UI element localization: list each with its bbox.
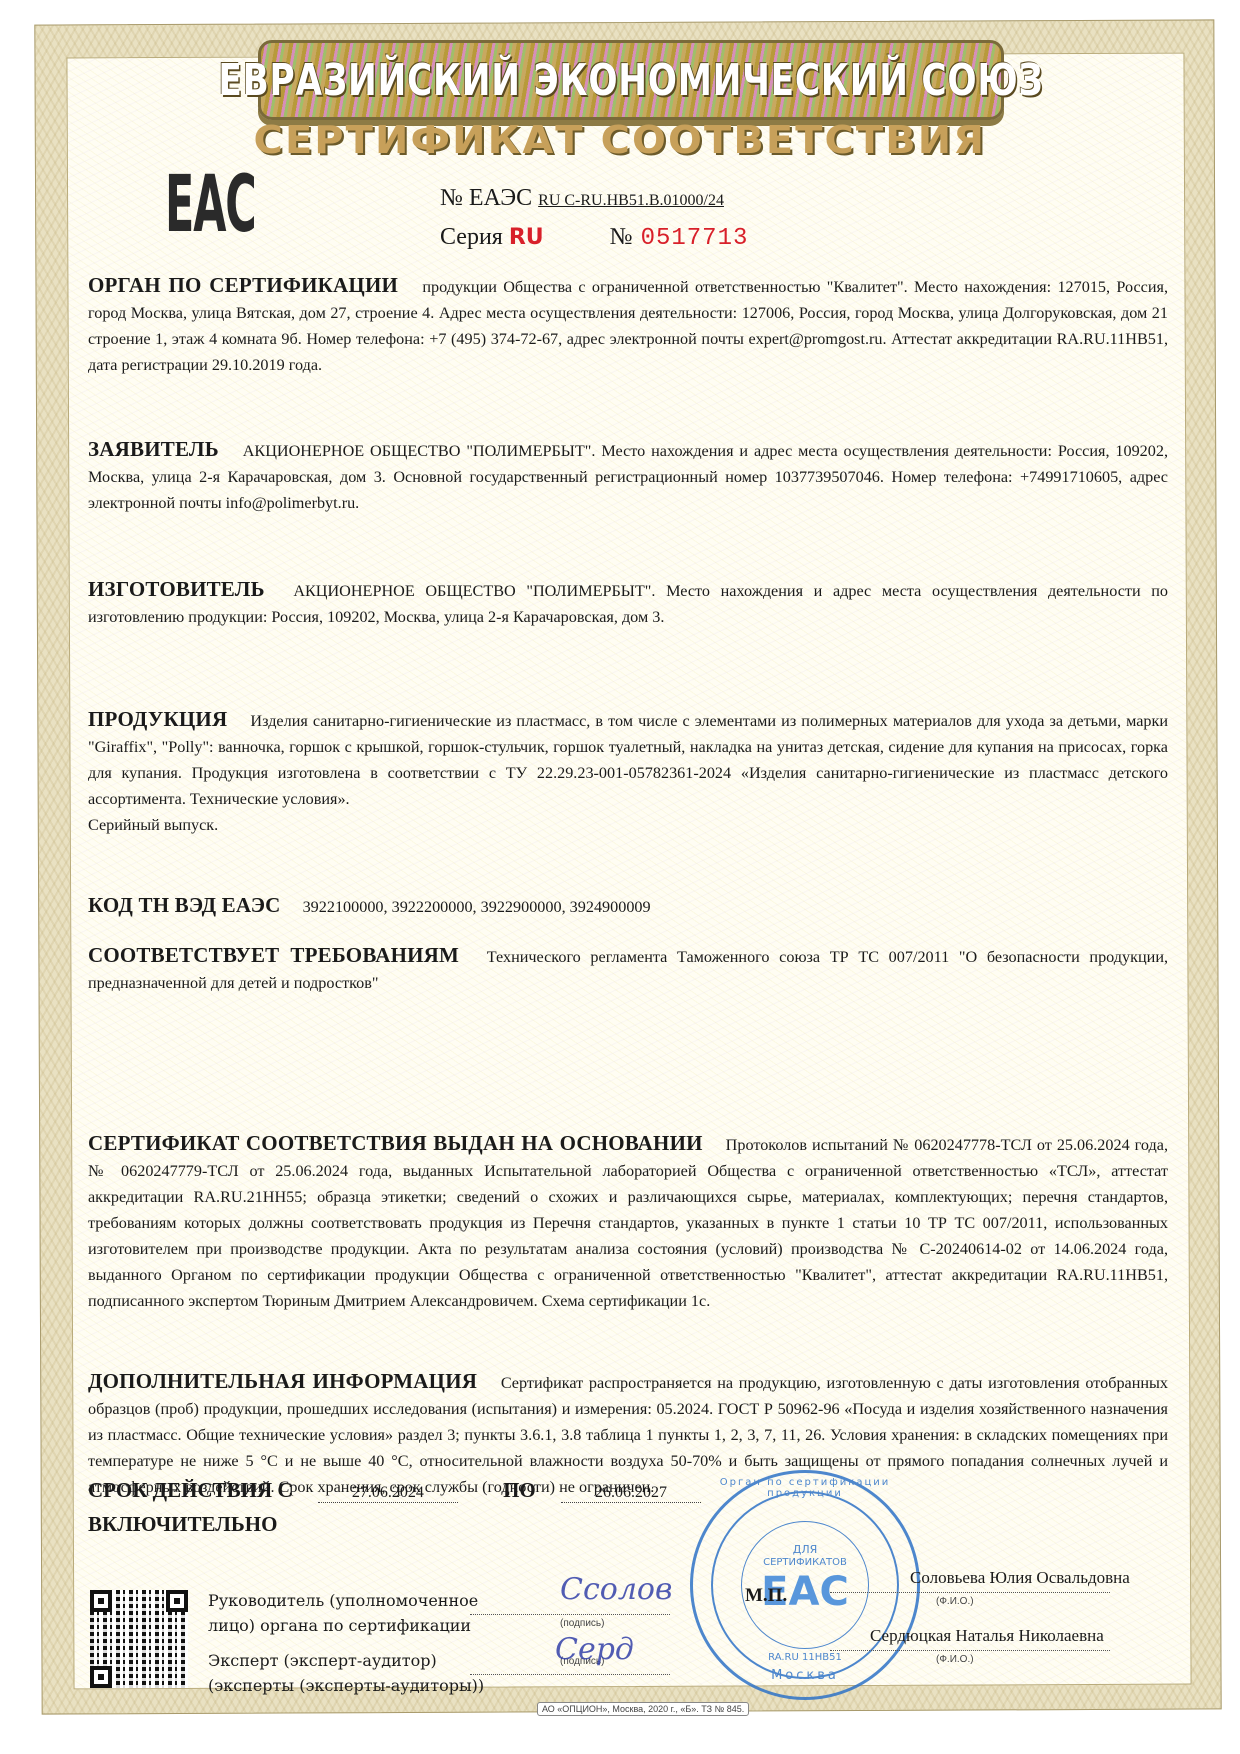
head-signature: Ссолов bbox=[560, 1572, 672, 1607]
qr-code-icon bbox=[90, 1590, 188, 1688]
section-organ-label: ОРГАН ПО СЕРТИФИКАЦИИ bbox=[88, 273, 398, 297]
expert-signature-line bbox=[470, 1674, 670, 1675]
validity-inclusive: ВКЛЮЧИТЕЛЬНО bbox=[88, 1512, 277, 1537]
section-product: ПРОДУКЦИЯ Изделия санитарно-гигиенически… bbox=[88, 706, 1168, 838]
blank-number: 0517713 bbox=[641, 225, 749, 252]
qr-finder-icon bbox=[90, 1666, 112, 1688]
section-tnved-text: 3922100000, 3922200000, 3922900000, 3924… bbox=[303, 898, 651, 916]
qr-finder-icon bbox=[166, 1590, 188, 1612]
section-manufacturer-label: ИЗГОТОВИТЕЛЬ bbox=[88, 577, 265, 601]
section-tnved-label: КОД ТН ВЭД ЕАЭС bbox=[88, 893, 281, 917]
union-banner: ЕВРАЗИЙСКИЙ ЭКОНОМИЧЕСКИЙ СОЮЗ bbox=[258, 40, 1004, 120]
doc-title: СЕРТИФИКАТ СООТВЕТСТВИЯ bbox=[0, 118, 1240, 162]
section-basis-text: Протоколов испытаний № 0620247778-ТСЛ от… bbox=[88, 1136, 1168, 1310]
section-applicant: ЗАЯВИТЕЛЬ АКЦИОНЕРНОЕ ОБЩЕСТВО "ПОЛИМЕРБ… bbox=[88, 436, 1168, 516]
seal-place-label: М.П. bbox=[745, 1585, 787, 1607]
section-basis: СЕРТИФИКАТ СООТВЕТСТВИЯ ВЫДАН НА ОСНОВАН… bbox=[88, 1130, 1168, 1314]
union-title: ЕВРАЗИЙСКИЙ ЭКОНОМИЧЕСКИЙ СОЮЗ bbox=[218, 55, 1043, 106]
valid-to-date: 26.06.2027 bbox=[561, 1484, 701, 1503]
section-product-text: Изделия санитарно-гигиенические из пласт… bbox=[88, 712, 1168, 808]
printer-footer: АО «ОПЦИОН», Москва, 2020 г., «Б». ТЗ № … bbox=[537, 1702, 749, 1716]
section-basis-label: СЕРТИФИКАТ СООТВЕТСТВИЯ ВЫДАН НА ОСНОВАН… bbox=[88, 1131, 703, 1155]
section-requirements: СООТВЕТСТВУЕТ ТРЕБОВАНИЯМ Технического р… bbox=[88, 942, 1168, 996]
head-signature-line bbox=[470, 1614, 670, 1615]
expert-signatory-label: Эксперт (эксперт-аудитор) (эксперты (экс… bbox=[208, 1648, 484, 1698]
section-organ: ОРГАН ПО СЕРТИФИКАЦИИ продукции Общества… bbox=[88, 272, 1168, 378]
head-fio-hint: (Ф.И.О.) bbox=[936, 1596, 974, 1607]
section-product-label: ПРОДУКЦИЯ bbox=[88, 707, 227, 731]
expert-fio-hint: (Ф.И.О.) bbox=[936, 1654, 974, 1665]
head-name: Соловьева Юлия Освальдовна bbox=[910, 1568, 1130, 1588]
eac-logo-icon: ЕАС bbox=[165, 160, 256, 250]
section-applicant-text: АКЦИОНЕРНОЕ ОБЩЕСТВО "ПОЛИМЕРБЫТ". Место… bbox=[88, 442, 1168, 512]
section-product-serial: Серийный выпуск. bbox=[88, 812, 1168, 838]
head-signatory-label: Руководитель (уполномоченное лицо) орган… bbox=[208, 1588, 478, 1638]
valid-from-date: 27.06.2024 bbox=[318, 1484, 458, 1503]
section-requirements-label: СООТВЕТСТВУЕТ ТРЕБОВАНИЯМ bbox=[88, 943, 459, 967]
series-line: СерияRU №0517713 bbox=[440, 224, 748, 252]
series-value: RU bbox=[509, 225, 544, 250]
head-signature-hint: (подпись) bbox=[560, 1618, 604, 1629]
section-additional-label: ДОПОЛНИТЕЛЬНАЯ ИНФОРМАЦИЯ bbox=[88, 1369, 477, 1393]
certificate-number: № ЕАЭС RU C-RU.HB51.B.01000/24 bbox=[440, 185, 788, 212]
expert-signature: Серд bbox=[555, 1632, 634, 1667]
validity-period: СРОК ДЕЙСТВИЯ С 27.06.2024 ПО 26.06.2027 bbox=[88, 1478, 741, 1503]
section-applicant-label: ЗАЯВИТЕЛЬ bbox=[88, 437, 219, 461]
expert-name: Сердюцкая Наталья Николаевна bbox=[870, 1626, 1104, 1646]
section-manufacturer: ИЗГОТОВИТЕЛЬ АКЦИОНЕРНОЕ ОБЩЕСТВО "ПОЛИМ… bbox=[88, 576, 1168, 630]
certificate-number-value: RU C-RU.HB51.B.01000/24 bbox=[538, 192, 788, 210]
certification-stamp: Орган по сертификации продукции ДЛЯ СЕРТ… bbox=[690, 1470, 920, 1700]
qr-finder-icon bbox=[90, 1590, 112, 1612]
section-tnved: КОД ТН ВЭД ЕАЭС 3922100000, 3922200000, … bbox=[88, 892, 1168, 920]
